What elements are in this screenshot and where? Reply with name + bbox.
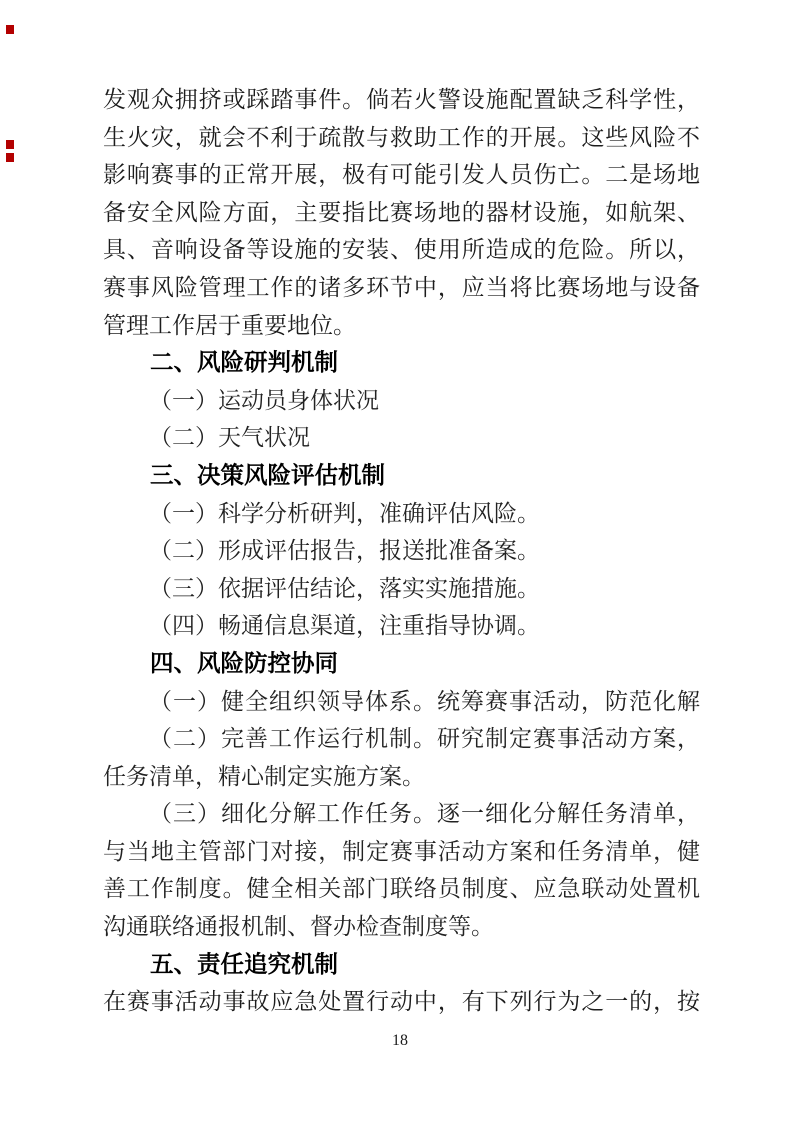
section-heading: 二、风险研判机制 bbox=[103, 344, 700, 382]
list-item: （一）科学分析研判，准确评估风险。 bbox=[103, 495, 700, 533]
section-heading: 五、责任追究机制 bbox=[103, 946, 700, 984]
list-item: 任务清单，精心制定实施方案。 bbox=[103, 758, 700, 796]
document-body: 发观众拥挤或踩踏事件。倘若火警设施配置缺乏科学性，一旦发 生火灾，就会不利于疏散… bbox=[103, 81, 700, 1021]
list-item: （二）完善工作运行机制。研究制定赛事活动方案，细化 bbox=[103, 720, 700, 758]
body-line: 生火灾，就会不利于疏散与救助工作的开展。这些风险不仅仅会 bbox=[103, 119, 700, 157]
list-item: （一）健全组织领导体系。统筹赛事活动，防范化解风险。 bbox=[103, 683, 700, 721]
list-item: （一）运动员身体状况 bbox=[103, 382, 700, 420]
list-item: （二）天气状况 bbox=[103, 419, 700, 457]
edit-mark-icon bbox=[6, 140, 14, 149]
list-item: 沟通联络通报机制、督办检查制度等。 bbox=[103, 908, 700, 946]
body-line: 管理工作居于重要地位。 bbox=[103, 307, 700, 345]
body-line: 在赛事活动事故应急处置行动中，有下列行为之一的，按照 bbox=[103, 983, 700, 1021]
document-page: 发观众拥挤或踩踏事件。倘若火警设施配置缺乏科学性，一旦发 生火灾，就会不利于疏散… bbox=[0, 0, 800, 1131]
page-number: 18 bbox=[0, 1032, 800, 1050]
list-item: 与当地主管部门对接，制定赛事活动方案和任务清单，健全完 bbox=[103, 833, 700, 871]
list-item: （三）依据评估结论，落实实施措施。 bbox=[103, 570, 700, 608]
body-line: 备安全风险方面，主要指比赛场地的器材设施，如航架、装饰灯 bbox=[103, 194, 700, 232]
body-line: 赛事风险管理工作的诸多环节中，应当将比赛场地与设备的安全 bbox=[103, 269, 700, 307]
list-item: 善工作制度。健全相关部门联络员制度、应急联动处置机制、 bbox=[103, 870, 700, 908]
list-item: （四）畅通信息渠道，注重指导协调。 bbox=[103, 607, 700, 645]
list-item: （三）细化分解工作任务。逐一细化分解任务清单，主动 bbox=[103, 795, 700, 833]
edit-mark-icon bbox=[6, 153, 14, 162]
section-heading: 三、决策风险评估机制 bbox=[103, 457, 700, 495]
body-line: 发观众拥挤或踩踏事件。倘若火警设施配置缺乏科学性，一旦发 bbox=[103, 81, 700, 119]
body-line: 具、音响设备等设施的安装、使用所造成的危险。所以，在进行 bbox=[103, 231, 700, 269]
edit-mark-icon bbox=[6, 25, 14, 34]
body-line: 影响赛事的正常开展，极有可能引发人员伤亡。二是场地器材设 bbox=[103, 156, 700, 194]
section-heading: 四、风险防控协同 bbox=[103, 645, 700, 683]
list-item: （二）形成评估报告，报送批准备案。 bbox=[103, 532, 700, 570]
